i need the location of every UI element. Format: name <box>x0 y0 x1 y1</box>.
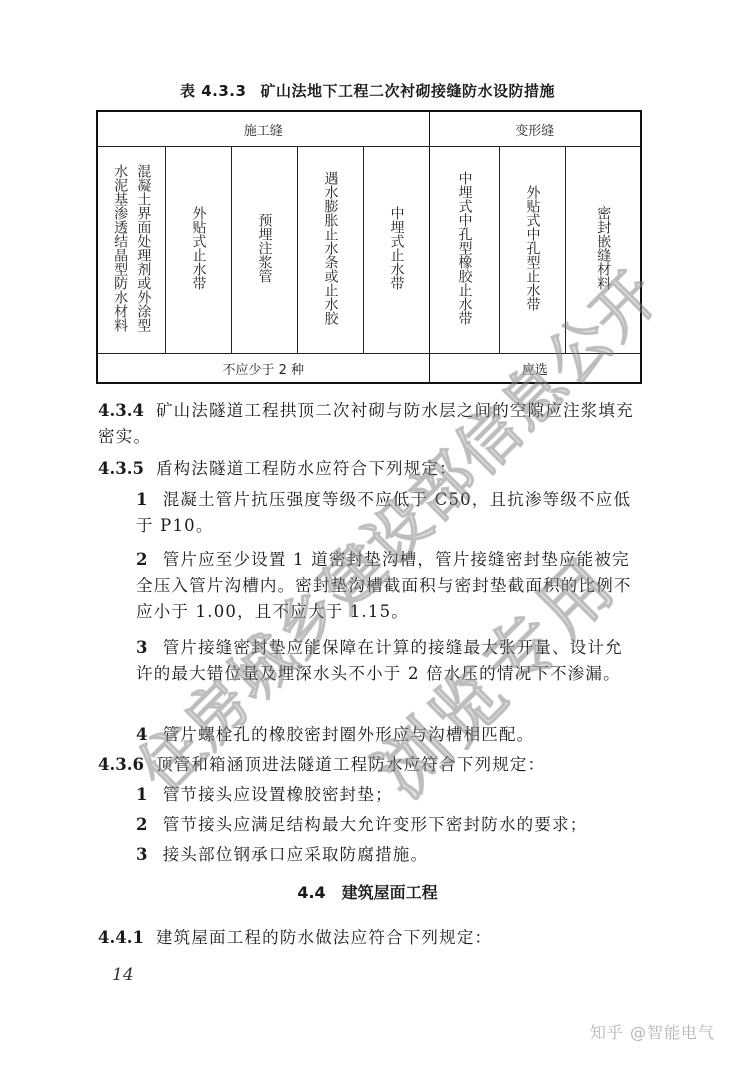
clause-4-4-1: 4.4.1建筑屋面工程的防水做法应符合下列规定： <box>98 925 638 951</box>
item-number: 2 <box>136 815 149 834</box>
section-number: 4.4 <box>297 883 325 902</box>
measure-text-left: 混凝土界面处理剂或外涂型 <box>133 164 152 332</box>
measure-text-right: 水泥基渗透结晶型防水材料 <box>110 164 129 332</box>
section-title: 建筑屋面工程 <box>342 883 438 902</box>
table-cell: 中埋式止水带 <box>363 147 429 354</box>
clause-item: 3管片接缝密封垫应能保障在计算的接缝最大张开量、设计允许的最大错位量及埋深水头不… <box>98 635 638 687</box>
waterproofing-measures-table: 施工缝 变形缝 水泥基渗透结晶型防水材料 混凝土界面处理剂或外涂型 外贴式止水带… <box>96 110 642 384</box>
clause-4-3-4: 4.3.4矿山法隧道工程拱顶二次衬砌与防水层之间的空隙应注浆填充密实。 <box>98 398 638 450</box>
item-text: 接头部位钢承口应采取防腐措施。 <box>163 845 429 864</box>
clause-item: 2管节接头应满足结构最大允许变形下密封防水的要求； <box>98 812 638 838</box>
document-page: 表 4.3.3矿山法地下工程二次衬砌接缝防水设防措施 施工缝 变形缝 水泥基渗透… <box>0 0 735 1065</box>
table-requirement-row: 不应少于 2 种 应选 <box>97 354 641 384</box>
source-credit: 知乎 @智能电气 <box>590 1020 715 1043</box>
measure-text: 预埋注浆管 <box>256 213 273 283</box>
clause-text: 建筑屋面工程的防水做法应符合下列规定： <box>156 928 492 947</box>
item-number: 3 <box>136 638 149 657</box>
requirement-deformation-joint: 应选 <box>429 354 641 384</box>
clause-item: 4管片螺栓孔的橡胶密封圈外形应与沟槽相匹配。 <box>98 722 638 748</box>
measure-text: 密封嵌缝材料 <box>594 206 611 290</box>
item-number: 1 <box>136 490 149 509</box>
table-measures-row: 水泥基渗透结晶型防水材料 混凝土界面处理剂或外涂型 外贴式止水带 预埋注浆管 遇… <box>97 147 641 354</box>
clause-number: 4.4.1 <box>98 928 144 947</box>
measure-text: 遇水膨胀止水条或止水胶 <box>322 171 339 325</box>
section-heading: 4.4建筑屋面工程 <box>0 880 735 903</box>
clause-item: 1混凝土管片抗压强度等级不应低于 C50，且抗渗等级不应低于 P10。 <box>98 487 638 539</box>
clause-4-3-6: 4.3.6顶管和箱涵顶进法隧道工程防水应符合下列规定： <box>98 752 638 778</box>
clause-4-3-5: 4.3.5盾构法隧道工程防水应符合下列规定： <box>98 456 638 482</box>
requirement-construction-joint: 不应少于 2 种 <box>97 354 429 384</box>
item-text: 管片螺栓孔的橡胶密封圈外形应与沟槽相匹配。 <box>163 725 535 744</box>
item-text: 管片接缝密封垫应能保障在计算的接缝最大张开量、设计允许的最大错位量及埋深水头不小… <box>136 638 623 683</box>
clause-item: 3接头部位钢承口应采取防腐措施。 <box>98 842 638 868</box>
table-cell: 水泥基渗透结晶型防水材料 混凝土界面处理剂或外涂型 <box>97 147 165 354</box>
table-title-text: 矿山法地下工程二次衬砌接缝防水设防措施 <box>260 82 555 100</box>
item-text: 混凝土管片抗压强度等级不应低于 C50，且抗渗等级不应低于 P10。 <box>136 490 631 535</box>
clause-item: 2管片应至少设置 1 道密封垫沟槽，管片接缝密封垫应能被完全压入管片沟槽内。密封… <box>98 547 638 625</box>
table-number: 表 4.3.3 <box>180 82 246 100</box>
table-cell: 中埋式中孔型橡胶止水带 <box>429 147 499 354</box>
clause-text: 矿山法隧道工程拱顶二次衬砌与防水层之间的空隙应注浆填充密实。 <box>98 401 634 446</box>
group-header-deformation-joint: 变形缝 <box>429 111 641 147</box>
table-cell: 外贴式中孔型止水带 <box>499 147 565 354</box>
table-cell: 密封嵌缝材料 <box>565 147 641 354</box>
page-number: 14 <box>112 965 134 985</box>
table-header-row: 施工缝 变形缝 <box>97 111 641 147</box>
group-header-construction-joint: 施工缝 <box>97 111 429 147</box>
clause-text: 盾构法隧道工程防水应符合下列规定： <box>156 459 457 478</box>
measure-text: 中埋式止水带 <box>388 206 405 290</box>
item-text: 管片应至少设置 1 道密封垫沟槽，管片接缝密封垫应能被完全压入管片沟槽内。密封垫… <box>136 550 632 621</box>
clause-number: 4.3.5 <box>98 459 144 478</box>
clause-number: 4.3.6 <box>98 755 144 774</box>
clause-number: 4.3.4 <box>98 401 144 420</box>
table-cell: 外贴式止水带 <box>165 147 231 354</box>
measure-text: 外贴式止水带 <box>190 206 207 290</box>
item-number: 2 <box>136 550 149 569</box>
measure-text: 外贴式中孔型止水带 <box>524 185 541 311</box>
table-cell: 遇水膨胀止水条或止水胶 <box>297 147 363 354</box>
clause-text: 顶管和箱涵顶进法隧道工程防水应符合下列规定： <box>156 755 545 774</box>
item-text: 管节接头应满足结构最大允许变形下密封防水的要求； <box>163 815 588 834</box>
table-caption: 表 4.3.3矿山法地下工程二次衬砌接缝防水设防措施 <box>0 80 735 101</box>
measure-text: 中埋式中孔型橡胶止水带 <box>456 171 473 325</box>
table-cell: 预埋注浆管 <box>231 147 297 354</box>
clause-item: 1管节接头应设置橡胶密封垫； <box>98 782 638 808</box>
item-number: 3 <box>136 845 149 864</box>
item-number: 4 <box>136 725 149 744</box>
item-text: 管节接头应设置橡胶密封垫； <box>163 785 393 804</box>
item-number: 1 <box>136 785 149 804</box>
